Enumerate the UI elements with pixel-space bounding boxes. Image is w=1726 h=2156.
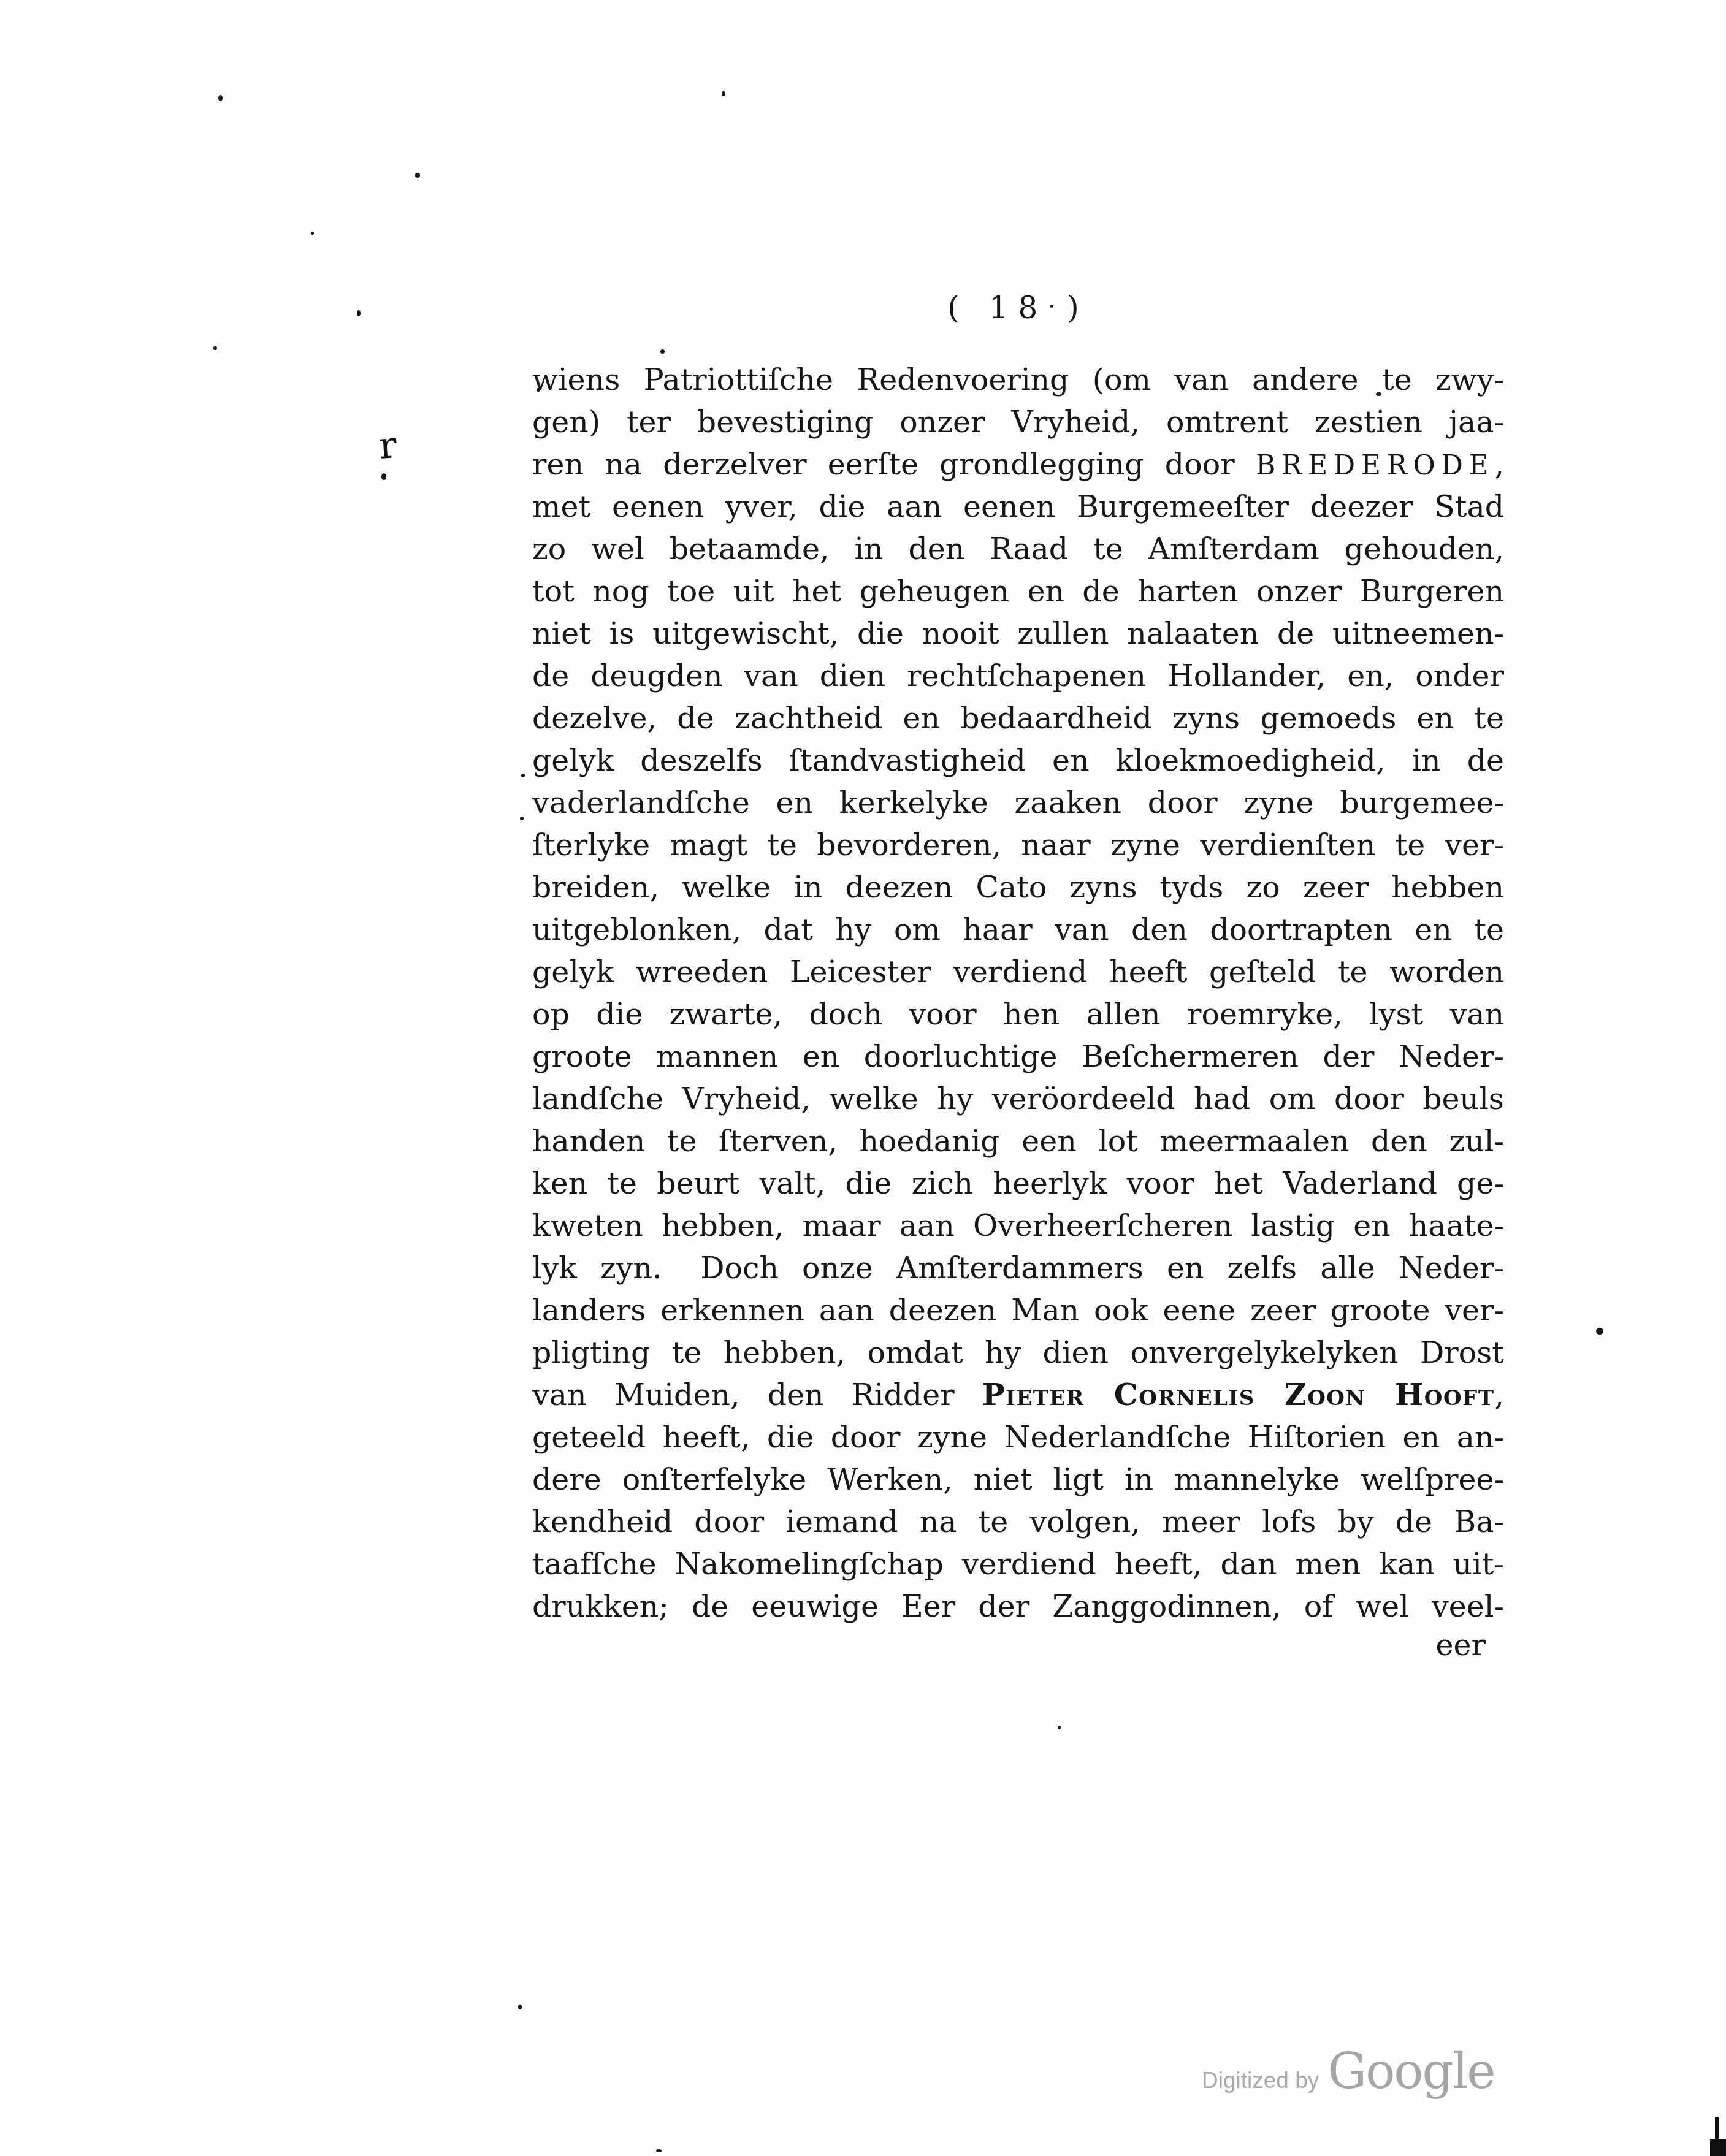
text-line: op die zwarte, doch voor hen allen roemr… [532, 993, 1504, 1035]
ink-speck [311, 232, 314, 235]
text-line: pligting te hebben, omdat hy dien onverg… [532, 1331, 1504, 1374]
text-line: dere onſterfelyke Werken, niet ligt in m… [532, 1458, 1504, 1501]
text-line: niet is uitgewischt, die nooit zullen na… [532, 612, 1504, 655]
text-line: drukken; de eeuwige Eer der Zanggodinnen… [532, 1585, 1504, 1628]
text-line: groote mannen en doorluchtige Beſchermer… [532, 1035, 1504, 1078]
text-line: ſterlyke magt te bevorderen, naar zyne v… [532, 824, 1504, 866]
text-line: kweten hebben, maar aan Overheerſcheren … [532, 1205, 1504, 1247]
ink-speck [1596, 1328, 1603, 1335]
ink-speck [656, 2149, 662, 2152]
text-line: dezelve, de zachtheid en bedaardheid zyn… [532, 697, 1504, 739]
text-line: lyk zyn. Doch onze Amſterdammers en zelf… [532, 1247, 1504, 1289]
text-line: gelyk wreeden Leicester verdiend heeft g… [532, 951, 1504, 993]
corner-ink-blob [1710, 2139, 1726, 2156]
text-line: vaderlandſche en kerkelyke zaaken door z… [532, 782, 1504, 824]
ink-speck [1376, 392, 1381, 396]
ink-speck [1058, 1726, 1061, 1729]
ink-speck [660, 349, 665, 354]
text-line: ren na derzelver eerſte grondlegging doo… [532, 443, 1504, 486]
text-line: met eenen yver, die aan eenen Burgemeeſt… [532, 486, 1504, 528]
text-line: wiens Patriottiſche Redenvoering (om van… [532, 359, 1504, 401]
ink-speck [520, 817, 524, 820]
text-line: ken te beurt valt, die zich heerlyk voor… [532, 1162, 1504, 1205]
ink-speck [218, 95, 223, 101]
ink-speck [415, 173, 420, 178]
ink-speck [722, 91, 725, 96]
text-line: de deugden van dien rechtſchapenen Holla… [532, 655, 1504, 697]
margin-ink-mark: r [378, 424, 399, 468]
ink-speck [381, 473, 386, 480]
text-line: breiden, welke in deezen Cato zyns tyds … [532, 866, 1504, 908]
catchword: eer [532, 1628, 1486, 1663]
text-line: taafſche Nakomelingſchap verdiend heeft,… [532, 1543, 1504, 1585]
text-line: kendheid door iemand na te volgen, meer … [532, 1501, 1504, 1543]
text-line: landſche Vryheid, welke hy veröordeeld h… [532, 1078, 1504, 1120]
text-block: wiens Patriottiſche Redenvoering (om van… [532, 359, 1504, 1628]
text-line: van Muiden, den Ridder Pieter Cornelis Z… [532, 1374, 1504, 1416]
text-line: gen) ter bevestiging onzer Vryheid, omtr… [532, 401, 1504, 443]
google-logo: Google [1327, 2043, 1494, 2100]
ink-speck [537, 388, 540, 392]
text-line: geteeld heeft, die door zyne Nederlandſc… [532, 1416, 1504, 1458]
text-line: tot nog toe uit het geheugen en de harte… [532, 570, 1504, 612]
ink-speck [521, 774, 525, 777]
text-line: uitgeblonken, dat hy om haar van den doo… [532, 908, 1504, 951]
corner-ink-blob-stem [1715, 2117, 1719, 2140]
text-line: zo wel betaamde, in den Raad te Amſterda… [532, 528, 1504, 570]
ink-speck [213, 346, 217, 350]
ink-speck [518, 2005, 522, 2009]
ink-speck [357, 310, 361, 316]
watermark-text: Digitized by [1202, 2068, 1319, 2093]
watermark: Digitized by Google [1202, 2043, 1495, 2100]
text-line: landers erkennen aan deezen Man ook eene… [532, 1289, 1504, 1331]
page-number: ( 18 ) [532, 290, 1504, 326]
ink-speck [1050, 305, 1053, 308]
scanned-book-page: ( 18 ) wiens Patriottiſche Redenvoering … [0, 0, 1726, 2156]
text-line: gelyk deszelfs ſtandvastigheid en kloekm… [532, 739, 1504, 782]
text-line: handen te ſterven, hoedanig een lot meer… [532, 1120, 1504, 1162]
